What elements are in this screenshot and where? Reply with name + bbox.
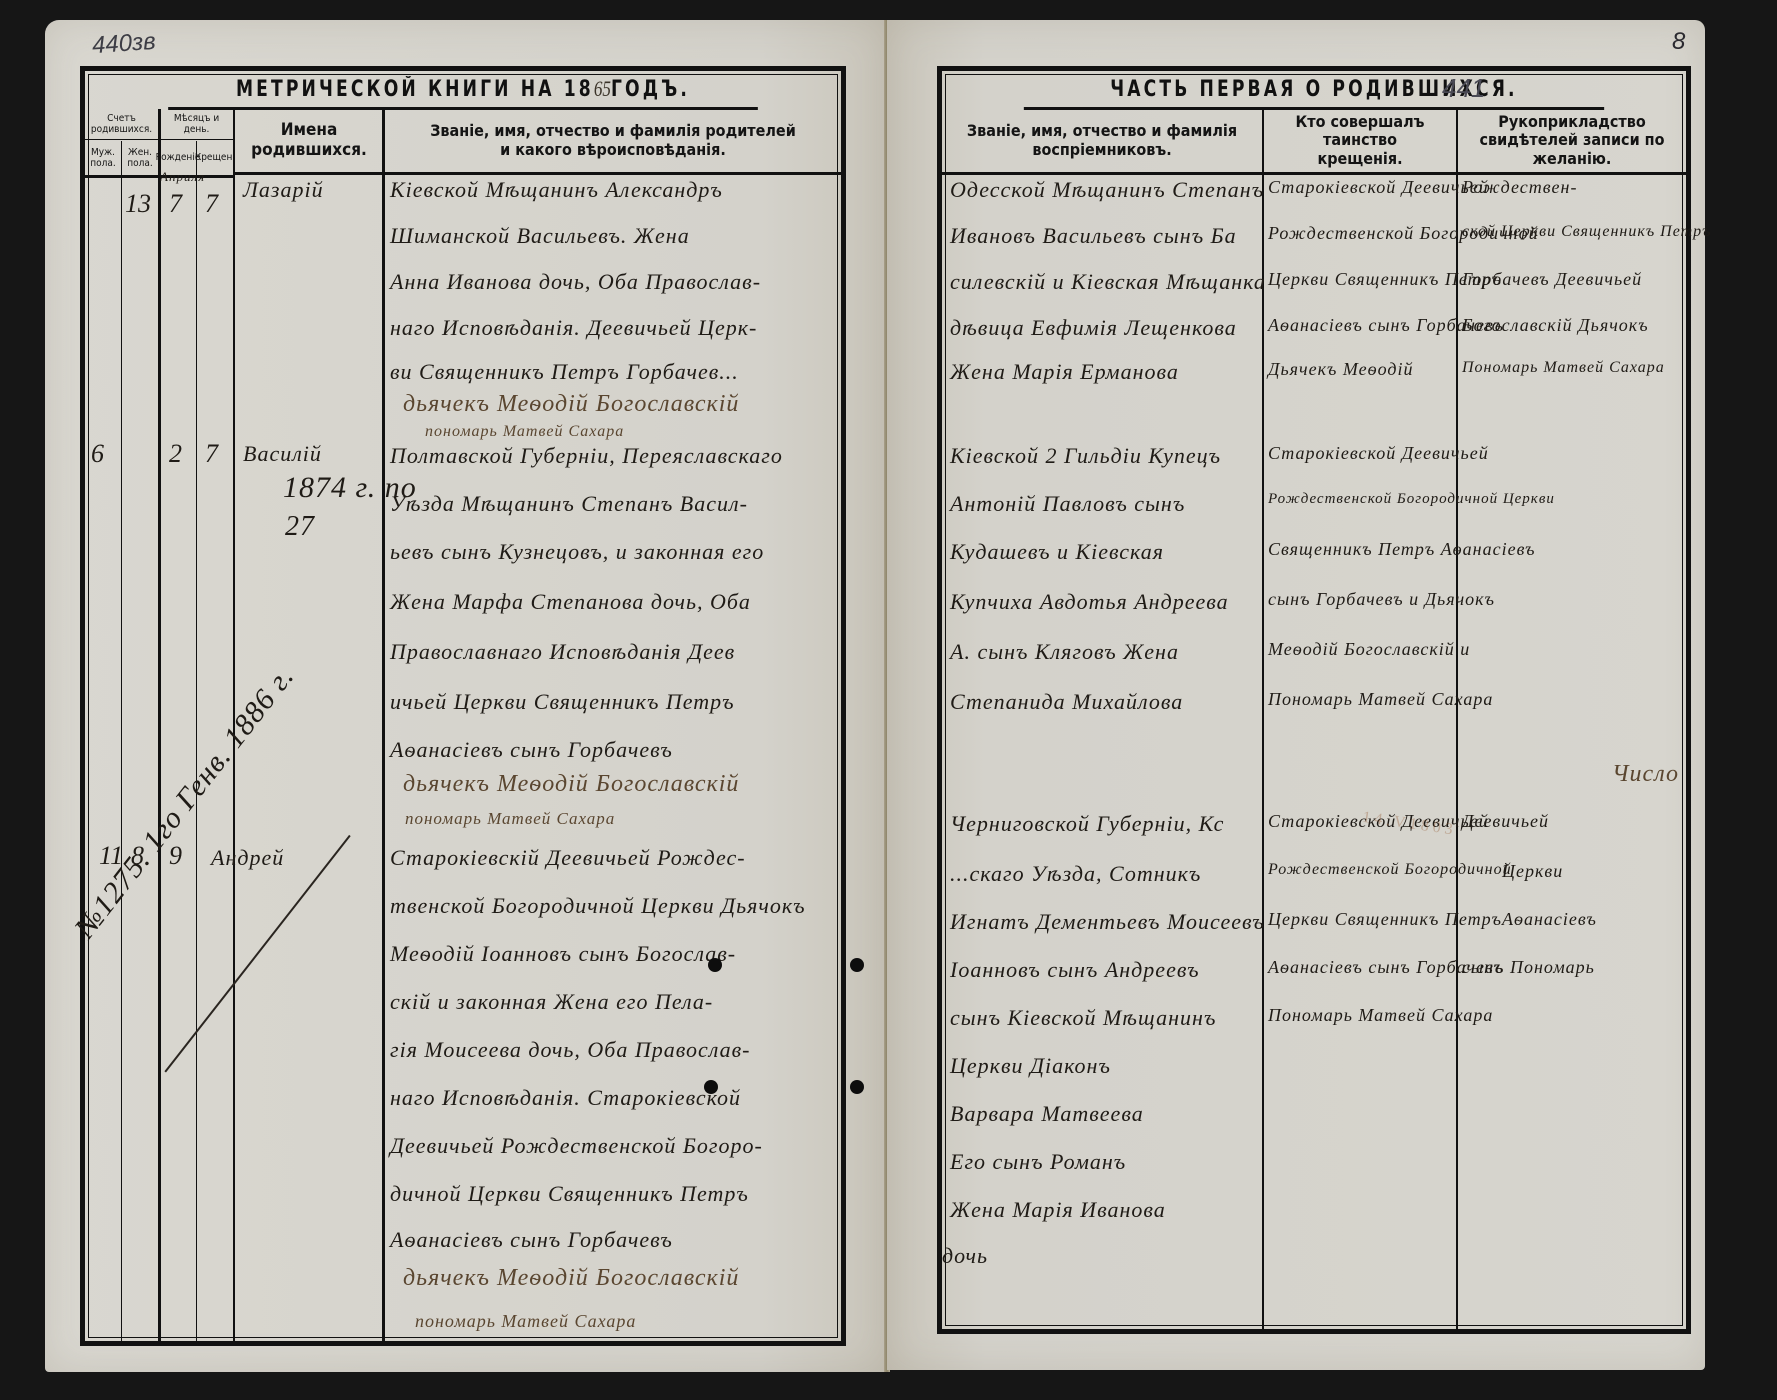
entry3-name: Андрей <box>211 845 284 871</box>
entry3-witness-line: сынъ Пономарь <box>1462 957 1595 978</box>
entry3-parents-line: Аѳанасіевъ сынъ Горбачевъ <box>390 1227 673 1253</box>
entry1-parents-line: Кіевской Мѣщанинъ Александръ <box>390 177 723 203</box>
entry2-performed-line: Священникъ Петръ Аѳанасіевъ <box>1268 539 1536 560</box>
title-year: 65 <box>594 76 611 102</box>
entry3-performed-line: Церкви Священникъ Петръ <box>1268 909 1502 930</box>
entry1-witness-line: Горбачевъ Деевичьей <box>1462 269 1642 290</box>
entry3-godparents-line: дочь <box>942 1243 988 1269</box>
col-divider <box>196 141 197 1341</box>
entry1-performed-line: Дьячекъ Меѳодій <box>1268 359 1413 380</box>
header-names: Имена родившихся. <box>235 109 383 175</box>
entry3-godparents-line: ...скаго Уѣзда, Сотникъ <box>950 861 1201 887</box>
entry2-godparents-line: Степанида Михайлова <box>950 689 1183 715</box>
entry2-godparents-line: Кудашевъ и Кіевская <box>950 539 1164 565</box>
entry2-parents-line: Православнаго Исповѣданія Деев <box>390 639 735 665</box>
entry1-godparents-line: силевскій и Кіевская Мѣщанка <box>950 269 1266 295</box>
entry1-parents-line: ви Священникъ Петръ Горбачев... <box>390 359 739 385</box>
entry3-godparents-line: Церкви Діаконъ <box>950 1053 1111 1079</box>
entry1-witness-line: Рождествен- <box>1462 177 1577 198</box>
entry2-performed-line: Старокіевской Деевичьей <box>1268 443 1489 464</box>
entry3-parents-line: Старокіевскій Деевичьей Рождес- <box>390 845 746 871</box>
binding-hole <box>708 958 722 972</box>
entry2-parents-line: Полтавской Губерніи, Переяславскаго <box>390 443 783 469</box>
entry1-birth: 7 <box>169 189 182 219</box>
col-divider <box>121 141 122 1341</box>
entry2-godparents-line: Антоній Павловъ сынъ <box>950 491 1185 517</box>
entry3-godparents-line: Варвара Матвеева <box>950 1101 1144 1127</box>
entry1-godparents-line: Одесской Мѣщанинъ Степанъ <box>950 177 1264 203</box>
entry3-godparents-line: Его сынъ Романъ <box>950 1149 1126 1175</box>
entry1-parents-line: Анна Иванова дочь, Оба Православ- <box>390 269 761 295</box>
entry3-performed-line: Рождественской Богородичной <box>1268 861 1512 879</box>
entry2-godparents-line: Купчиха Авдотья Андреева <box>950 589 1229 615</box>
entry2-performed-line: Пономарь Матвей Сахара <box>1268 689 1493 710</box>
col-divider <box>382 109 385 1341</box>
left-page-title: МЕТРИЧЕСКОЙ КНИГИ НА 1865 ГОДЪ. <box>168 71 758 110</box>
entry1-parents-line: дьячекъ Меѳодій Богославскій <box>403 391 739 418</box>
entry1-witness-line: ской Церкви Священникъ Петръ <box>1462 223 1711 241</box>
entry1-godparents-line: Ивановъ Васильевъ сынъ Ба <box>950 223 1237 249</box>
title-prefix: МЕТРИЧЕСКОЙ КНИГИ НА 18 <box>236 77 594 102</box>
entry1-parents-line: Шиманской Васильевъ. Жена <box>390 223 690 249</box>
col-divider <box>1456 109 1458 1329</box>
entry1-performed-line: Старокіевской Деевичьей <box>1268 177 1489 198</box>
entry1-godparents-line: дѣвица Евфимія Лещенкова <box>950 315 1237 341</box>
header-date-group: Мѣсяцъ и день. <box>160 109 233 140</box>
entry3-parents-line: скій и законная Жена его Пела- <box>390 989 713 1015</box>
entry2-baptism: 7 <box>205 439 218 469</box>
entry1-witness-line: Пономарь Матвей Сахара <box>1462 359 1665 377</box>
entry2-parents-line: Жена Марфа Степанова дочь, Оба <box>390 589 751 615</box>
entry1-godparents-line: Жена Марія Ерманова <box>950 359 1179 385</box>
entry1-month: Априля <box>160 169 205 185</box>
entry1-witness-line: Богославскій Дьячокъ <box>1462 315 1649 336</box>
entry3-witness-line: Церкви <box>1502 861 1563 882</box>
entry3-parents-line: Деевичьей Рождественской Богоро- <box>390 1133 763 1159</box>
entry1-baptism: 7 <box>205 189 218 219</box>
header-count-group: Счетъ родившихся. <box>85 109 158 140</box>
binding-hole <box>704 1080 718 1094</box>
col-divider <box>158 109 161 1341</box>
entry1-female: 13 <box>125 189 151 219</box>
entry3-parents-line: твенской Богородичной Церкви Дьячокъ <box>390 893 806 919</box>
entry3-margin-note: №1275. 1го Генв. 1886 г. <box>68 660 301 945</box>
binding-hole <box>850 1080 864 1094</box>
right-table-frame: ЧАСТЬ ПЕРВАЯ О РОДИВШИХСЯ. 441 Званіе, и… <box>937 66 1691 1334</box>
entry3-parents-line: наго Исповѣданія. Старокіевской <box>390 1085 741 1111</box>
entry1-parents-line: пономарь Матвей Сахара <box>425 423 624 441</box>
right-corner-note: 8 <box>1672 28 1685 56</box>
header-parents: Званіе, имя, отчество и фамилія родителе… <box>385 109 841 175</box>
entry2-parents-line: пономарь Матвей Сахара <box>405 809 615 829</box>
entry3-godparents-line: Жена Марія Иванова <box>950 1197 1166 1223</box>
entry3-godparents-line: Іоанновъ сынъ Андреевъ <box>950 957 1200 983</box>
entry1-parents-line: наго Исповѣданія. Деевичьей Церк- <box>390 315 757 341</box>
left-table-frame: МЕТРИЧЕСКОЙ КНИГИ НА 1865 ГОДЪ. Счетъ ро… <box>80 66 846 1346</box>
entry1-name: Лазарій <box>243 177 324 203</box>
entry2-performed-line: Меѳодій Богославскій и <box>1268 639 1470 660</box>
entry3-godparents-line: сынъ Кіевской Мѣщанинъ <box>950 1005 1216 1031</box>
entry3-parents-line: дьячекъ Меѳодій Богославскій <box>403 1265 739 1292</box>
entry2-parents-line: Аѳанасіевъ сынъ Горбачевъ <box>390 737 673 763</box>
entry3-performed-line: Пономарь Матвей Сахара <box>1268 1005 1493 1026</box>
entry3-witness-mark: Число <box>1612 761 1679 788</box>
entry3-godparents-line: Черниговской Губерніи, Кс <box>950 811 1224 837</box>
entry2-name: Василій <box>243 441 322 467</box>
entry3-parents-line: Меѳодій Іоанновъ сынъ Богослав- <box>390 941 736 967</box>
entry2-godparents-line: Кіевской 2 Гильдіи Купецъ <box>950 443 1221 469</box>
header-godparents: Званіе, имя, отчество и фамилія воспріем… <box>942 109 1262 175</box>
page-number: 441 <box>1442 73 1485 104</box>
binding-hole <box>850 958 864 972</box>
entry3-godparents-line: Игнатъ Дементьевъ Моисеевъ <box>950 909 1265 935</box>
header-female: Жен. пола. <box>122 141 158 178</box>
entry2-performed-line: сынъ Горбачевъ и Дьячокъ <box>1268 589 1495 610</box>
entry2-parents-line: ичьей Церкви Священникъ Петръ <box>390 689 735 715</box>
header-performed-by: Кто совершалъ таинство крещенія. <box>1264 109 1456 175</box>
entry2-parents-line: Уѣзда Мѣщанинъ Степанъ Васил- <box>390 491 748 517</box>
entry2-parents-line: дьячекъ Меѳодій Богославскій <box>403 771 739 798</box>
entry2-name-note2: 27 <box>285 511 315 543</box>
entry3-parents-line: дичной Церкви Священникъ Петръ <box>390 1181 749 1207</box>
entry2-male: 6 <box>91 439 104 469</box>
entry2-parents-line: ьевъ сынъ Кузнецовъ, и законная его <box>390 539 764 565</box>
entry2-performed-line: Рождественской Богородичной Церкви <box>1268 491 1555 508</box>
entry3-parents-line: пономарь Матвей Сахара <box>415 1311 636 1332</box>
header-witnesses: Рукоприкладство свидѣтелей записи по жел… <box>1458 109 1686 175</box>
entry2-godparents-line: А. сынъ Кляговъ Жена <box>950 639 1179 665</box>
entry3-parents-line: гія Моисеева дочь, Оба Православ- <box>390 1037 751 1063</box>
entry2-birth: 2 <box>169 439 182 469</box>
right-page-title: ЧАСТЬ ПЕРВАЯ О РОДИВШИХСЯ. <box>1024 71 1604 110</box>
entry3-witness-line: Аѳанасіевъ <box>1502 909 1597 930</box>
title-suffix: ГОДЪ. <box>611 77 690 102</box>
header-male: Муж. пола. <box>85 141 121 178</box>
left-corner-note: 440зв <box>91 28 157 60</box>
entry3-witness-line: Деевичьей <box>1462 811 1549 832</box>
